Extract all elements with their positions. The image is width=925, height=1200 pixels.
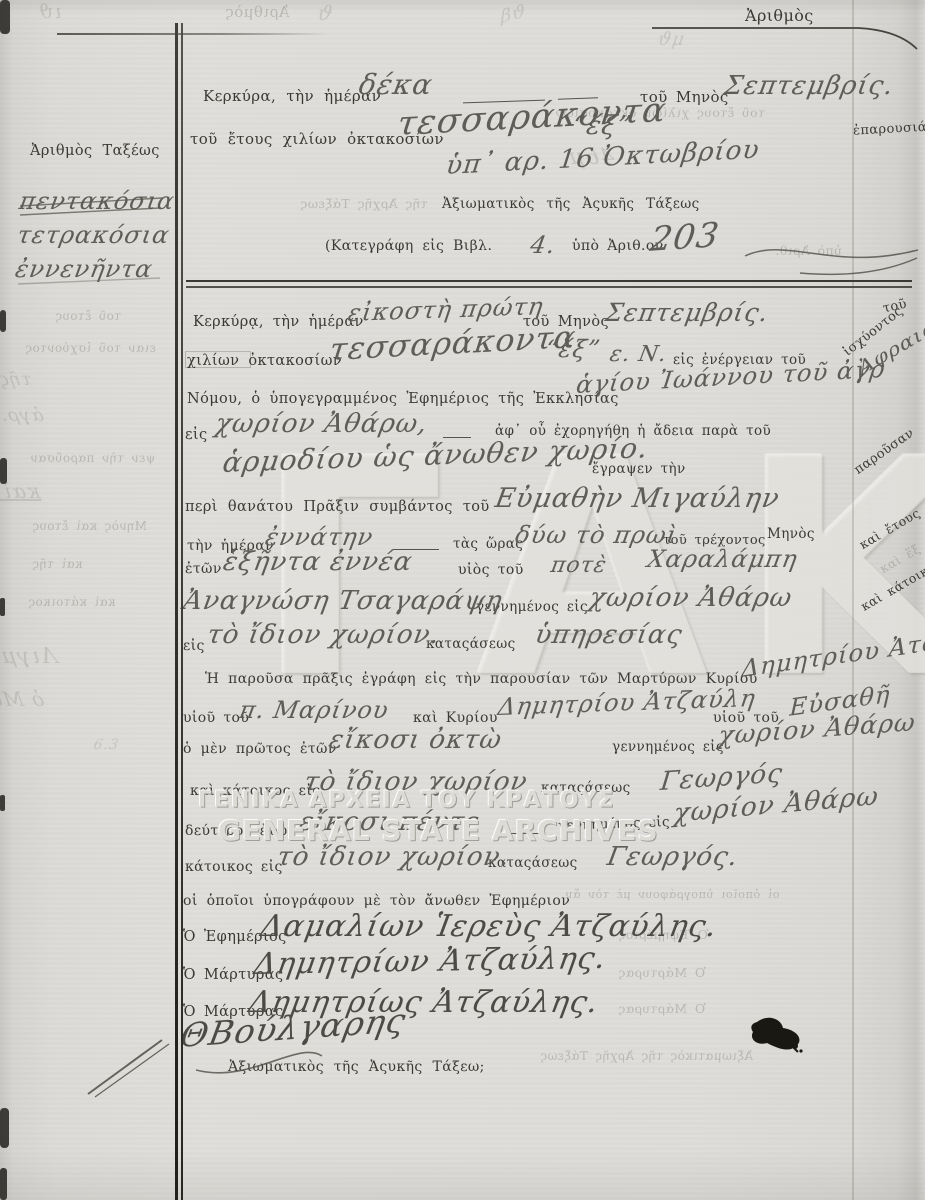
act-month-handwritten: Σεπτεμβρίς.	[603, 299, 771, 327]
archives-watermark-greek: ΓΕΝΙΚΑ ΑΡΧΕΙΑ ΤΟΥ ΚΡΑΤΟΥΣ	[198, 788, 616, 813]
page-fold-line	[852, 0, 854, 1200]
margin-bleed-2: ειαν τοῦ ἰσχύοντος	[25, 342, 156, 355]
reg-line1-prefix: Κερκύρα, τὴν ἡμέραν	[203, 88, 381, 105]
sig-bleed-officer: Ἀξιωματικὸς τῆς Ἀρχῆς Τάξεως	[540, 1050, 753, 1063]
page-number-label-bleedthrough: Ἀριθμὸς	[225, 4, 290, 21]
act-status-label: καταςάσεως	[426, 637, 516, 652]
left-binding-marks	[0, 0, 10, 1200]
act-line3-printed: Νόμου, ὁ ὑπογεγραμμένος Ἐφημέριος τῆς Ἐκ…	[187, 392, 619, 408]
top-right-rule-curve	[652, 28, 917, 49]
vertical-double-rule-outer	[175, 23, 178, 1200]
wit-sign-with-priest: οἱ ὁποῖοι ὑπογράφουν μὲ τὸν ἄνωθεν Ἐφημέ…	[183, 894, 570, 909]
act-son-of-label: υἱὸς τοῦ	[458, 563, 524, 578]
wit1-father-handwritten: π. Μαρίνου	[237, 697, 391, 723]
reg-day-handwritten: δέκα	[357, 70, 436, 101]
act-current-month-2: Μηνὸς	[767, 527, 815, 542]
act-status-handwritten: ὑπηρεσίας	[533, 621, 685, 650]
reg-bleed-4: ὑπὸ Ἀριθ.	[775, 244, 842, 258]
reg-bleed-3: τῆς Ἀρχῆς Τάξεως	[300, 197, 428, 211]
order-number-line-2: τετρακόσια	[15, 222, 172, 248]
reg-month-handwritten: Σεπτεμβρίς.	[722, 72, 896, 101]
margin-bleed-10: Λιγμ	[0, 645, 59, 669]
act-era-handwritten: ε. Ν.	[608, 343, 669, 367]
act-deceased-name-handwritten: Εὐμαθὴν Μιγαύλην	[493, 484, 782, 514]
order-number-line-1: πεντακόσια	[17, 188, 177, 214]
wit-intro-printed: Ἡ παροῦσα πρᾶξις ἐγράφη εἰς τὴν παρουσία…	[205, 672, 758, 687]
act-line4-eis: εἰς	[185, 428, 208, 444]
priest-signature: Δαμαλίων Ἱερεὺς Ἀτζαύλης.	[258, 910, 720, 943]
section-divider-rule-2	[186, 286, 912, 288]
act-village-handwritten: χωρίον Ἀθάρω,	[213, 410, 430, 439]
reg-book-number-handwritten: 4.	[528, 232, 558, 258]
order-number-label: Ἀριθμὸς Ταξέως	[30, 144, 160, 160]
act-year-units-handwritten: “ἕξ”	[543, 336, 602, 362]
margin-bleed-6: καὶ Πῶτα	[0, 480, 42, 502]
corner-scribble: ιϑ	[38, 0, 62, 22]
act-line10-eis: εἰς	[183, 639, 205, 654]
header-scribble-1: ϑ	[316, 2, 335, 24]
wit2-residence-handwritten: τὸ ἴδιον χωρίον.	[275, 843, 512, 872]
archives-watermark-english: GENERAL STATE ARCHIVES	[218, 814, 659, 847]
act-father-name-1-handwritten: Χαραλάμπη	[645, 546, 799, 572]
act-age-handwritten: ἑξῆντα ἐννέα	[221, 548, 415, 577]
order-number-line-3: ἐννενῆντα	[13, 256, 155, 282]
act-line2-prefix: χιλίων ὀκτακοσίων	[187, 354, 342, 370]
margin-bleed-8: καὶ τῆς	[32, 558, 82, 571]
act-father-name-2-handwritten: Ἀναγνώση Τσαγαράψη	[181, 587, 505, 616]
act-birth-village-handwritten: χωρίον Ἀθάρω	[587, 584, 795, 613]
header-scribble-2: βϑ	[500, 2, 527, 27]
wit1-age-label: ὁ μὲν πρῶτος ἐτῶν	[183, 742, 337, 757]
scanned-register-page: ΓΑΚ	[0, 0, 925, 1200]
wit1-age-handwritten: εἴκοσι ὀκτὼ	[327, 726, 504, 755]
reg-year-units-handwritten: “ἕξ”	[570, 112, 634, 141]
margin-bleed-11: ὁ Μάρτ	[0, 688, 46, 710]
margin-bleed-4: ἀγρ. Ἀφραις	[0, 406, 45, 426]
act-deathact-phrase: περὶ θανάτου Πρᾶξιν συμβάντος τοῦ	[185, 500, 490, 516]
reg-act-number-handwritten: 203	[648, 217, 722, 259]
witness1-signature: Δημητρίων Ἀτζαύλης.	[252, 942, 609, 981]
margin-bleed-1: τοῦ ἔτους	[55, 310, 121, 323]
reg-officer-caption: Ἀξιωματικὸς τῆς Ἀςυκῆς Τάξεως	[442, 197, 700, 212]
vertical-double-rule-inner	[181, 23, 183, 1200]
reg-recorded-prefix: (Κατεγράφη εἰς Βιβλ.	[325, 239, 492, 254]
wit2-status-handwritten: Γεωργός.	[605, 843, 741, 872]
bottom-left-pen-stroke	[88, 1040, 169, 1097]
act-year-handwritten: τεσσαράκοντα	[328, 320, 578, 367]
act-residence-handwritten: τὸ ἴδιον χωρίον.	[205, 621, 442, 650]
section-divider-rule-1	[186, 280, 912, 282]
top-left-rule	[57, 33, 330, 35]
margin-bleed-3: τῆς Ἐκκλησίας	[0, 370, 33, 390]
header-scribble-3: ϑμ	[657, 30, 687, 50]
wit1-born-label: γεννημένος εἰς	[612, 740, 724, 755]
margin-bleed-12: 6.3	[92, 738, 120, 753]
act-day-handwritten: εἰκοστὴ πρώτη	[346, 293, 545, 326]
ink-blot	[751, 1018, 802, 1053]
act-age-label: ἐτῶν	[185, 562, 222, 577]
margin-bleed-7: Μηνὸς καὶ ἔτους	[32, 520, 147, 533]
wit2-resident-label: κάτοικος εἰς	[185, 860, 283, 875]
page-number-label: Ἀριθμὸς	[745, 7, 814, 25]
act-line1-prefix: Κερκύρᾳ, τὴν ἡμέραν	[193, 315, 364, 331]
sig-bleed-intro: οἱ ὁποῖοι ὑπογράφουν μὲ τὸν ἄν	[565, 888, 780, 901]
act-hours-label: τὰς ὥρας	[453, 537, 523, 552]
reg-presented-word: ἐπαρουσιάσθη	[853, 119, 925, 138]
margin-bleed-9: καὶ κάτοικος	[28, 596, 116, 609]
sig-bleed-martyras1: Ὁ Μάρτυρας	[618, 966, 706, 980]
officer-signature-caption: Ἀξιωματικὸς τῆς Ἀςυκῆς Τάξεω;	[228, 1060, 485, 1075]
reg-subnumber-handwritten: ὑπ᾽ αρ. 16 Ὀκτωβρίου	[444, 136, 761, 181]
sig-bleed-martyras2: Ὁ Μάρτυρας	[618, 1002, 706, 1016]
margin-bleed-5: ψεν τὴν παροῦσαν	[30, 452, 155, 465]
act-pote-handwritten: ποτὲ	[549, 554, 609, 578]
